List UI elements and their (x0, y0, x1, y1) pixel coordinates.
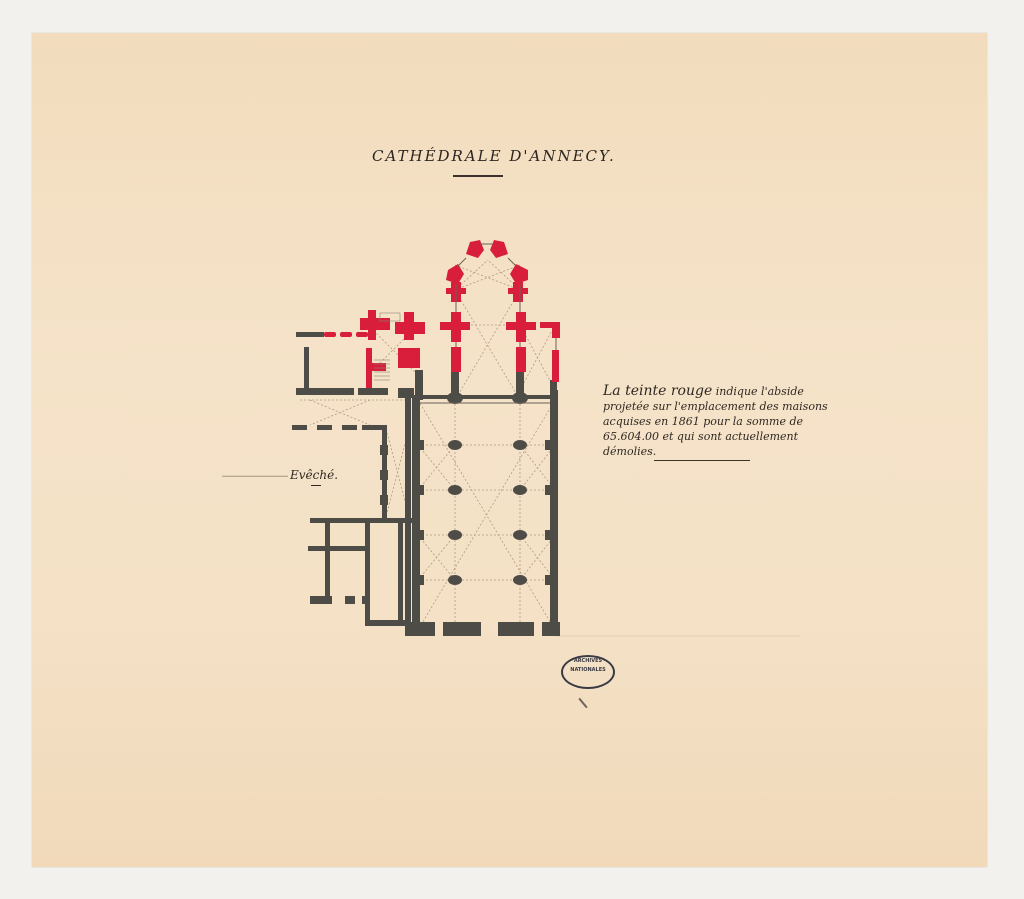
archives-stamp: ARCHIVES NATIONALES (561, 655, 615, 689)
eveche-leader-line (222, 476, 288, 477)
stamp-line-2: NATIONALES (563, 666, 613, 675)
note-lead: La teinte rouge (603, 383, 712, 399)
stamp-line-1: ARCHIVES (563, 657, 613, 666)
legend-note: La teinte rouge indique l'abside projeté… (603, 384, 833, 459)
projected-apse (324, 240, 560, 388)
note-underline (654, 460, 750, 461)
eveche-underline (311, 485, 321, 486)
cathedral-floor-plan (0, 0, 1024, 899)
label-eveche: Evêché. (290, 468, 338, 482)
